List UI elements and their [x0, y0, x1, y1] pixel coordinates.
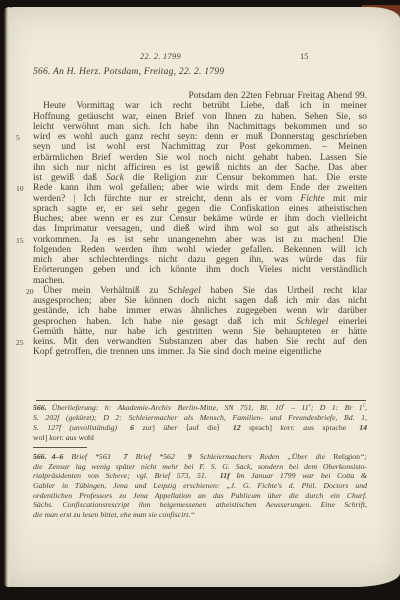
- commentary-line: ordentlichen Professors zu Jena Appellat…: [33, 491, 367, 501]
- text-segment: 1: [363, 403, 365, 408]
- letter-line: 20Über mein Verhältniß zu Schlegel haben…: [33, 286, 367, 296]
- text-segment: 12: [233, 423, 241, 432]
- text-segment: 566.: [33, 403, 47, 412]
- text-segment: legel: [182, 286, 200, 296]
- letter-line: ausgesprochen; aber Sie können doch nich…: [33, 296, 367, 306]
- text-segment: 566.: [33, 452, 47, 461]
- letter-line: 10Rede kann ihm wol gefallen; aber wie w…: [33, 183, 367, 193]
- letter-line: Erörterungen geben und ich könnte ihm do…: [33, 265, 367, 275]
- apparatus-rule: [36, 400, 366, 401]
- text-segment: zur]: [142, 423, 155, 432]
- running-head: 22. 2. 1799 15: [33, 51, 367, 63]
- commentary-line: 566.4–6 Brief *5637 Brief *5629 Schleier…: [33, 452, 367, 462]
- commentary-line: Gabler in Tübingen, Jena und Leipzig ers…: [33, 481, 367, 491]
- text-segment: wohl: [79, 433, 95, 442]
- letter-line: Hoffnung getäuscht war, einen Brief von …: [33, 112, 367, 122]
- apparatus-block: 566.Überlieferung: h: Akademie-Archiv Be…: [33, 403, 367, 443]
- letter-line: werden? | Ich fürchte nur er streicht, d…: [33, 194, 367, 204]
- text-segment: sprache: [322, 423, 346, 432]
- letter-line: seyn und ist wohl erst Nachmittag zur Po…: [33, 142, 367, 152]
- commentary-line: Sächs. Confiscationsrescript ihm beigeme…: [33, 500, 367, 510]
- commentary-line: rialpräsidenten von Scheve; vgl. Brief 5…: [33, 471, 367, 481]
- letter-line: gestände, ich habe immer etwas ähnliches…: [33, 306, 367, 316]
- margin-line-number: 20: [16, 287, 30, 297]
- letter-line: mich aber schlechterdings nicht dazu geg…: [33, 255, 367, 265]
- letter-line: Heute Vormittag war ich recht betrübt Li…: [33, 101, 367, 111]
- letter-line: machen.: [33, 276, 367, 286]
- text-segment: r: [283, 403, 285, 408]
- commentary-line: die man erst zu lesen bittet, ehe man si…: [33, 510, 367, 520]
- letter-heading: 566. An H. Herz. Potsdam, Freitag, 22. 2…: [33, 66, 367, 77]
- margin-line-number: 25: [16, 338, 30, 348]
- text-segment: 4–6: [52, 452, 64, 461]
- text-segment: Schlegel: [296, 317, 328, 327]
- commentary-rule: [33, 447, 87, 448]
- text-segment: 14: [359, 423, 367, 432]
- page-number: 15: [300, 51, 308, 63]
- text-segment: 11f: [220, 471, 230, 480]
- letter-line: ihn sich nur nicht afficiren es ist gewi…: [33, 163, 367, 173]
- apparatus-line: S. 127f (unvollständig)6 zur] über ⟨auf …: [33, 423, 367, 433]
- text-segment: wol]: [33, 433, 47, 442]
- letter-line: das Imprimatur versagen, und dieß wird i…: [33, 224, 367, 234]
- margin-line-number: 10: [16, 184, 30, 194]
- letter-line: 25keins. Mit den verwandten Substanzen a…: [33, 337, 367, 347]
- page-edge-spine: [4, 7, 10, 587]
- text-segment: sprach]: [249, 423, 272, 432]
- apparatus-line: S. 202f (gekürzt); D 2: Schleiermacher a…: [33, 413, 367, 423]
- text-segment: Sack: [106, 173, 124, 183]
- text-segment: Fichte: [300, 194, 324, 204]
- letter-line: folgenden Reden werden ihm wohl wieder g…: [33, 245, 367, 255]
- book-photo: 22. 2. 1799 15 566. An H. Herz. Potsdam,…: [0, 0, 400, 600]
- letter-line: Kopf getroffen, die trennen uns immer. J…: [33, 347, 367, 357]
- letter-line: Gemüth hätte, nur habe ich gestritten we…: [33, 327, 367, 337]
- letter-line: sprach sagte er, er sei sehr gegen die C…: [33, 204, 367, 214]
- letter-line: ist gewiß daß Sack die Religion zur Cens…: [33, 173, 367, 183]
- text-segment: 7: [124, 452, 128, 461]
- text-segment: 6: [130, 423, 134, 432]
- letter-line: Buches; aber wenn er es zur Censur bekäm…: [33, 214, 367, 224]
- text-segment: Religion: [333, 452, 360, 461]
- letter-line: erbärmlichen Brief werden Sie wol noch n…: [33, 153, 367, 163]
- running-head-date: 22. 2. 1799: [140, 51, 181, 63]
- letter-line: 5wird es wohl auch ganz recht seyn: denn…: [33, 132, 367, 142]
- text-segment: v: [309, 403, 311, 408]
- letter-line: 15vorkommen. Ja es ist sehr unangenehm a…: [33, 235, 367, 245]
- letter-line: leicht verwöhnt man sich. Ich habe ihn N…: [33, 122, 367, 132]
- commentary-line: die Zensur lag wenig später nicht mehr b…: [33, 462, 367, 472]
- letter-line: gesprochen haben. Ich habe nie gesagt da…: [33, 317, 367, 327]
- apparatus-line: 566.Überlieferung: h: Akademie-Archiv Be…: [33, 403, 367, 413]
- commentary-block: 566.4–6 Brief *5637 Brief *5629 Schleier…: [33, 452, 367, 520]
- margin-line-number: 5: [16, 133, 30, 143]
- margin-line-number: 15: [16, 236, 30, 246]
- apparatus-line: wol] korr. aus wohl: [33, 433, 367, 443]
- text-segment: ⟨auf die⟩: [186, 423, 220, 432]
- text-segment: 9: [188, 452, 192, 461]
- letter-body: Potsdam den 22ten Februar Freitag Abend …: [33, 91, 367, 358]
- letter-line: Potsdam den 22ten Februar Freitag Abend …: [33, 91, 367, 101]
